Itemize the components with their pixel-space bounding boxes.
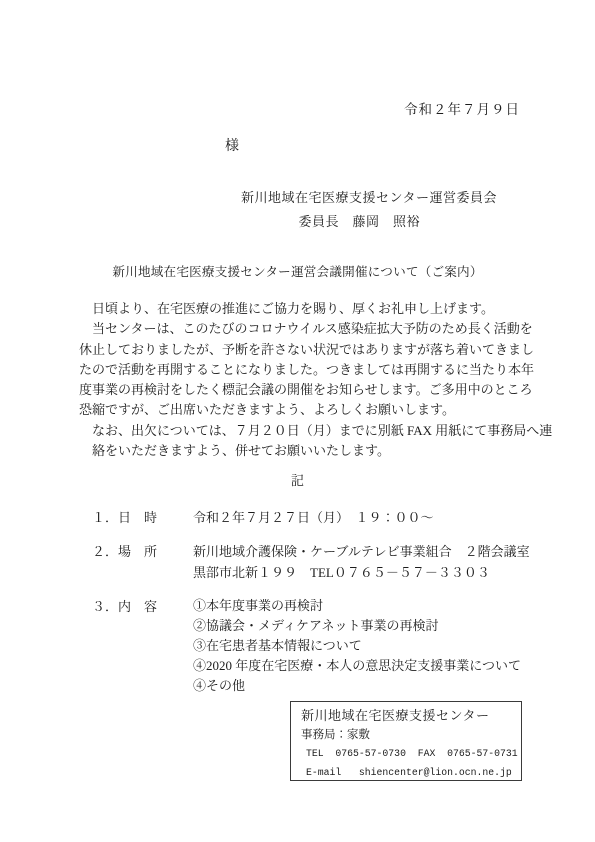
item-content: 令和２年７月２７日（月） １９：００～	[193, 507, 552, 528]
issue-date: 令和２年７月９日	[404, 98, 520, 118]
document-title: 新川地域在宅医療支援センター運営会議開催について（ご案内）	[0, 261, 595, 280]
letter-page: 令和２年７月９日 様 新川地域在宅医療支援センター運営委員会 委員長 藤岡 照裕…	[0, 0, 595, 842]
item-line: 新川地域介護保険・ケーブルテレビ事業組合 ２階会議室	[193, 541, 552, 562]
body-line: 当センターは、このたびのコロナウイルス感染症拡大予防のため長く活動を	[79, 319, 541, 339]
body-line: 絡をいただきますよう、併せてお願いいたします。	[79, 441, 541, 461]
contact-email: E-mail shiencenter@lion.ocn.ne.jp	[301, 764, 521, 783]
item-line: 令和２年７月２７日（月） １９：００～	[193, 507, 552, 528]
body-line: 休止しておりましたが、予断を許さない状況ではありますが落ち着いてきまし	[79, 340, 541, 360]
body-line: たので活動を再開することになりました。つきましては再開するに当たり本年	[79, 360, 541, 380]
item-place: ２．場 所 新川地域介護保険・ケーブルテレビ事業組合 ２階会議室 黒部市北新１９…	[92, 541, 552, 583]
body-line: 恐縮ですが、ご出席いただきますよう、よろしくお願いします。	[79, 400, 541, 420]
item-agenda: ３．内 容 ①本年度事業の再検討 ②協議会・メディケアネット事業の再検討 ③在宅…	[92, 596, 552, 696]
item-label: １．日 時	[92, 507, 193, 528]
agenda-line: ①本年度事業の再検討	[193, 596, 552, 616]
sender-organization: 新川地域在宅医療支援センター運営委員会	[241, 187, 497, 206]
meeting-details: １．日 時 令和２年７月２７日（月） １９：００～ ２．場 所 新川地域介護保険…	[92, 507, 552, 696]
contact-center-name: 新川地域在宅医療支援センター	[301, 705, 521, 726]
item-label: ２．場 所	[92, 541, 193, 562]
item-line: 黒部市北新１９９ TEL０７６５－５７－３３０３	[193, 562, 552, 583]
agenda-line: ③在宅患者基本情報について	[193, 636, 552, 656]
sender-signer: 委員長 藤岡 照裕	[298, 211, 420, 230]
agenda-line: ④2020 年度在宅医療・本人の意思決定支援事業について	[193, 656, 552, 676]
item-content: ①本年度事業の再検討 ②協議会・メディケアネット事業の再検討 ③在宅患者基本情報…	[193, 596, 552, 696]
body-line: なお、出欠については、７月２０日（月）までに別紙 FAX 用紙にて事務局へ連	[79, 421, 541, 441]
agenda-line: ②協議会・メディケアネット事業の再検討	[193, 616, 552, 636]
agenda-line: ④その他	[193, 676, 552, 696]
contact-office: 事務局：家敷	[301, 726, 521, 745]
item-datetime: １．日 時 令和２年７月２７日（月） １９：００～	[92, 507, 552, 528]
body-line: 度事業の再検討をしたく標記会議の開催をお知らせします。ご多用中のところ	[79, 380, 541, 400]
item-label: ３．内 容	[92, 596, 193, 617]
body-line: 日頃より、在宅医療の推進にご協力を賜り、厚くお礼申し上げます。	[79, 299, 541, 319]
contact-info-box: 新川地域在宅医療支援センター 事務局：家敷 TEL 0765-57-0730 F…	[290, 701, 522, 781]
addressee-honorific: 様	[225, 135, 239, 155]
notation-ki: 記	[0, 470, 595, 489]
contact-tel-fax: TEL 0765-57-0730 FAX 0765-57-0731	[301, 745, 521, 764]
letter-body: 日頃より、在宅医療の推進にご協力を賜り、厚くお礼申し上げます。 当センターは、こ…	[79, 299, 541, 461]
item-content: 新川地域介護保険・ケーブルテレビ事業組合 ２階会議室 黒部市北新１９９ TEL０…	[193, 541, 552, 583]
